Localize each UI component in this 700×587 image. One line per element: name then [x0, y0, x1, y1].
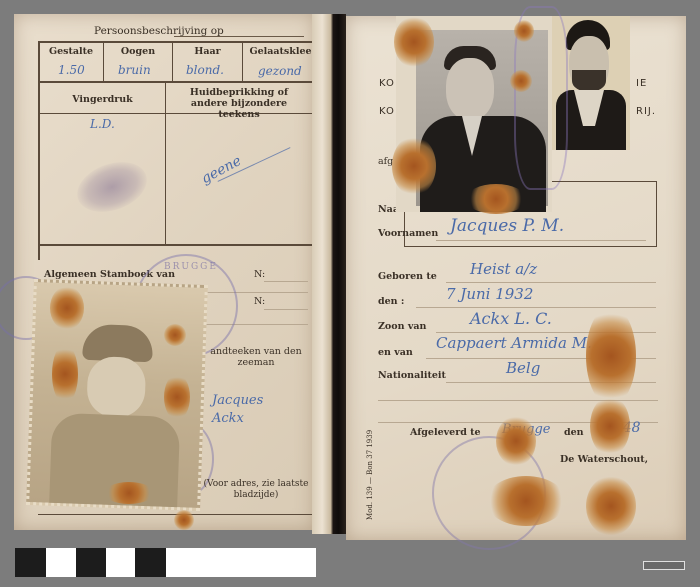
rust-stain [590, 396, 630, 456]
voornamen-line [436, 240, 646, 241]
field-label-geboren: Geboren te [378, 271, 437, 282]
rust-stain [392, 136, 436, 196]
number-label-2: N: [254, 296, 265, 307]
header-skin-marks: Huidbeprikking of andere bijzondere teek… [174, 87, 304, 120]
header-fragment: KO [379, 78, 395, 89]
fingerprint-initials: L.D. [90, 117, 115, 131]
stamp-text: BRUGGE [164, 262, 218, 272]
issued-date-label: den [564, 427, 584, 438]
afg-fragment: afg [378, 156, 393, 167]
photo2-beard [572, 70, 606, 92]
field-value-nationaliteit: Belg [506, 359, 540, 377]
right-page: KO KO IE RIJ. afg Naam Voornamen Jacques… [346, 16, 686, 540]
field-value-geboren: Heist a/z [470, 260, 537, 278]
skin-marks-value: geene [199, 153, 244, 187]
scale-segment-black [135, 548, 166, 577]
name-box-top [552, 181, 656, 182]
rust-stain [510, 70, 532, 92]
scale-segment-white [106, 548, 135, 577]
rust-stain [394, 16, 434, 68]
table-border-left [38, 41, 40, 260]
child-face [86, 356, 146, 418]
scale-segment-white [166, 548, 316, 577]
header-gestalte: Gestalte [40, 46, 102, 57]
rust-stain [104, 482, 154, 504]
rust-stain [50, 286, 84, 330]
scale-segment-black [76, 548, 106, 577]
portrait-face [446, 58, 494, 120]
rust-stain [514, 20, 534, 42]
table-border-top [38, 41, 314, 43]
value-haar: blond. [186, 63, 224, 77]
book-spine [312, 14, 346, 534]
address-note: (Voor adres, zie laatste bladzijde) [200, 479, 312, 501]
field-label-naam: Naam [378, 204, 396, 215]
header-haar: Haar [173, 46, 242, 57]
table-border-bottom [38, 244, 314, 246]
rust-stain [52, 344, 78, 404]
header-fragment: IE [636, 78, 647, 89]
name-box-bottom [404, 246, 656, 247]
name-box-right [656, 181, 657, 247]
form-code: Mod. 139 — Bon 37 1939 [366, 400, 374, 520]
signature-label: andteeken van den zeeman [196, 346, 316, 368]
signature: Jacques Ackx [212, 392, 292, 428]
number-line-2 [264, 309, 308, 310]
rust-stain [586, 306, 636, 406]
rust-stain [164, 324, 186, 346]
rust-stain [586, 476, 636, 536]
header-oogen: Oogen [104, 46, 172, 57]
fingerprint-smudge [70, 153, 153, 221]
table-border-row1 [38, 81, 314, 83]
rust-stain [174, 510, 194, 530]
field-label-en-van: en van [378, 347, 413, 358]
geboren-line [446, 282, 656, 283]
header-gelaatskleur: Gelaatsklee [243, 46, 318, 57]
value-gestalte: 1.50 [58, 63, 85, 77]
scale-segment-black [15, 548, 46, 577]
title-underline [174, 36, 304, 37]
rust-stain [496, 416, 536, 466]
value-oogen: bruin [118, 63, 151, 77]
den-line [416, 307, 656, 308]
field-value-voornamen: Jacques P. M. [450, 216, 564, 236]
field-value-den: 7 Juni 1932 [446, 285, 533, 303]
header-fingerprint: Vingerdruk [40, 94, 165, 105]
field-label-zoon-van: Zoon van [378, 321, 426, 332]
field-label-voornamen: Voornamen [378, 228, 438, 239]
rust-stain [466, 184, 526, 214]
field-label-den: den : [378, 296, 404, 307]
field-value-zoon-van: Ackx L. C. [470, 309, 552, 328]
value-gelaatskleur: gezond [258, 64, 302, 78]
field-value-en-van: Cappaert Armida M. [436, 334, 592, 352]
official-title: De Waterschout, [560, 454, 648, 465]
issued-label: Afgeleverd te [410, 427, 481, 438]
archive-label-tag [643, 561, 685, 570]
rust-stain [486, 476, 566, 526]
header-fragment: RIJ. [636, 106, 656, 117]
scale-segment-white [46, 548, 76, 577]
number-label-1: N: [254, 269, 265, 280]
number-line-1 [264, 281, 308, 282]
left-page: Persoonsbeschrijving op Gestalte Oogen H… [14, 14, 314, 530]
header-fragment: KO [379, 106, 395, 117]
col-divider [165, 81, 166, 244]
rust-stain [164, 374, 190, 420]
field-label-nationaliteit: Nationaliteit [378, 370, 446, 381]
